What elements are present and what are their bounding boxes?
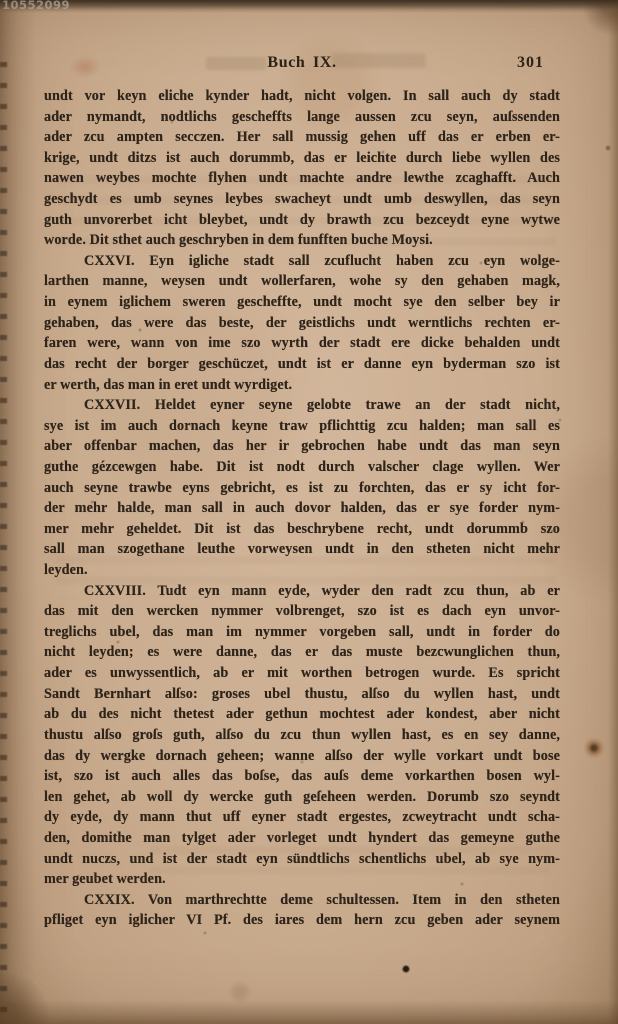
page-number: 301 (517, 54, 544, 72)
text-line: Sandt Bernhart alſso: groses ubel thustu… (44, 684, 560, 705)
text-line: nawen weybes mochte flyhen undt machte a… (44, 168, 560, 189)
text-line: treglichs ubel, das man im nymmer vorgeb… (44, 622, 560, 643)
text-line: guthe gézcewgen habe. Dit ist nodt durch… (44, 457, 560, 478)
text-line: undt nuczs, und ist der stadt eyn sündtl… (44, 849, 560, 870)
paragraph-cxxix: CXXIX. Von marthrechtte deme schultessen… (44, 890, 560, 931)
text-line: thustu alſso groſs guth, alſso du zcu th… (44, 725, 560, 746)
text-line: worde. Dit sthet auch geschryben in dem … (44, 230, 560, 251)
facing-page-text-edge (0, 62, 7, 1016)
text-line: ader nymandt, nodtlichs gescheffts lange… (44, 107, 560, 128)
text-line: das mit den wercken nymmer volbrenget, s… (44, 601, 560, 622)
text-line: ader zcu ampten secczen. Her sall mussig… (44, 127, 560, 148)
text-line: das recht der borger geschüczet, undt is… (44, 354, 560, 375)
text-line: CXXIX. Von marthrechtte deme schultessen… (44, 890, 560, 911)
text-line: er werth, das man in eret undt wyrdiget. (44, 375, 560, 396)
text-line: len gehet, ab woll dy wercke guth geſehe… (44, 787, 560, 808)
text-line: CXXVII. Heldet eyner seyne gelobte trawe… (44, 395, 560, 416)
bottom-edge-shadow (0, 1000, 618, 1024)
text-line: krige, undt ditzs ist auch dorummb, das … (44, 148, 560, 169)
text-line: leyden. (44, 560, 560, 581)
text-line: aber offenbar machen, das her ir gebroch… (44, 436, 560, 457)
text-line: gehaben, das were das beste, der geistli… (44, 313, 560, 334)
text-line: auch seyne trawbe eyns gebricht, es ist … (44, 478, 560, 499)
text-line: das dy wergke dornach geheen; wanne alſs… (44, 746, 560, 767)
watermark-text: 10552099 (2, 0, 70, 12)
text-line: ist, szo ist auch alles das boſse, das a… (44, 766, 560, 787)
paragraph-cxxviii: CXXVIII. Tudt eyn mann eyde, wyder den r… (44, 581, 560, 890)
foxing-spot (583, 737, 605, 759)
text-line: larthen manne, weysen undt wollerfaren, … (44, 271, 560, 292)
text-line: in eynem iglichem sweren gescheffte, und… (44, 292, 560, 313)
ink-dot (401, 964, 411, 974)
scan-top-edge (0, 0, 618, 13)
text-line: ab du des nicht thetest ader gethun moch… (44, 704, 560, 725)
text-line: den, domithe man tylget ader vorleget un… (44, 828, 560, 849)
text-line: dy eyde, dy mann thut uff eyner stadt er… (44, 807, 560, 828)
text-line: sye ist im auch dornach keyne traw pflic… (44, 416, 560, 437)
text-line: sall man szogethane leuthe vorweysen und… (44, 539, 560, 560)
text-line: faren were, wann von ime szo wyrth der s… (44, 333, 560, 354)
paragraph-cxxvii: CXXVII. Heldet eyner seyne gelobte trawe… (44, 395, 560, 580)
text-line: mer mehr geheldet. Dit ist das beschrybe… (44, 519, 560, 540)
text-line: nicht leyden; es were danne, das er das … (44, 642, 560, 663)
text-line: undt vor keyn eliche kynder hadt, nicht … (44, 86, 560, 107)
running-title: Buch IX. (44, 54, 560, 72)
text-line: guth unvorerbet icht bleybet, undt dy br… (44, 210, 560, 231)
paragraph-continuation: undt vor keyn eliche kynder hadt, nicht … (44, 86, 560, 251)
text-line: ader es unwyssentlich, ab er mit worthen… (44, 663, 560, 684)
text-line: geschydt es umb seynes leybes swacheyt u… (44, 189, 560, 210)
text-line: der mehr halde, man sall in auch dovor h… (44, 498, 560, 519)
text-line: pfliget eyn iglicher VI Pf. des iares de… (44, 910, 560, 931)
text-line: CXXVIII. Tudt eyn mann eyde, wyder den r… (44, 581, 560, 602)
text-line: mer geubet werden. (44, 869, 560, 890)
paragraph-cxxvi: CXXVI. Eyn igliche stadt sall zcuflucht … (44, 251, 560, 395)
text-block: undt vor keyn eliche kynder hadt, nicht … (44, 86, 560, 931)
scanned-book-page: Buch IX. 301 undt vor keyn eliche kynder… (0, 0, 618, 1024)
text-line: CXXVI. Eyn igliche stadt sall zcuflucht … (44, 251, 560, 272)
right-edge-shadow (608, 0, 618, 1024)
page-header: Buch IX. 301 (44, 54, 560, 75)
